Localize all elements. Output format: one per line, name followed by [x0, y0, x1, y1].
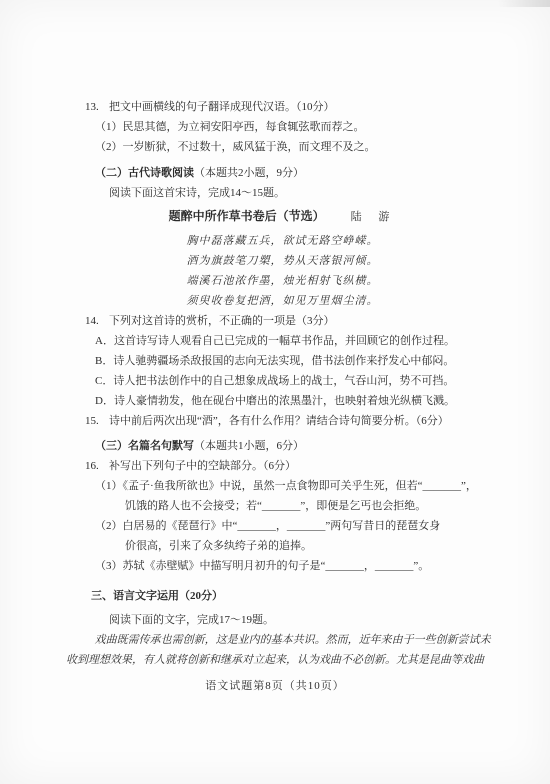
section-poetry-score: （本题共2小题，9分） [194, 167, 304, 179]
question-16-stem: 补写出下列句子中的空缺部分。（6分） [109, 456, 480, 476]
question-15: 15. 诗中前后两次出现“酒”，各有什么作用？请结合诗句简要分析。（6分） [85, 411, 480, 431]
poem: 题醉中所作草书卷后（节选）陆 游 胸中磊落藏五兵，欲试无路空峥嵘。 酒为旗鼓笔刀… [85, 206, 480, 311]
page-footer: 语文试题第8页（共10页） [0, 676, 550, 696]
question-13: 13. 把文中画横线的句子翻译成现代汉语。（10分） [85, 97, 480, 117]
poem-line-3: 端溪石池浓作墨，烛光相射飞纵横。 [85, 271, 480, 291]
dictation-item-1-line-1: （1）《孟子·鱼我所欲也》中说，虽然一点食物即可关乎生死，但若“_______”… [95, 476, 480, 496]
poem-author: 陆 游 [351, 211, 397, 223]
dictation-item-1-line-2: 饥饿的路人也不会接受；若“_______”，即便是乞丐也会拒绝。 [125, 496, 480, 516]
question-15-number: 15. [85, 411, 109, 431]
dictation-item-2-line-2: 价很高，引来了众多纨绔子弟的追捧。 [125, 536, 480, 556]
dictation-item-2-line-1: （2）白居易的《琵琶行》中“_______，_______”两句写昔日的琵琶女身 [95, 516, 480, 536]
reading-passage: 戏曲既需传承也需创新，这是业内的基本共识。然而，近年来由于一些创新尝试未 收到理… [66, 630, 494, 670]
language-use-intro: 阅读下面的文字，完成17～19题。 [109, 610, 480, 630]
passage-line-1: 戏曲既需传承也需创新，这是业内的基本共识。然而，近年来由于一些创新尝试未 [66, 630, 494, 650]
section-heading-language-use: 三、语言文字运用（20分） [91, 586, 480, 606]
section-heading-poetry-reading: （二）古代诗歌阅读（本题共2小题，9分） [95, 163, 480, 183]
poem-line-1: 胸中磊落藏五兵，欲试无路空峥嵘。 [85, 231, 480, 251]
option-c: C．诗人把书法创作中的自己想象成战场上的战士，气吞山河，势不可挡。 [95, 371, 480, 391]
section-heading-dictation: （三）名篇名句默写（本题共1小题，6分） [95, 436, 480, 456]
question-16-number: 16. [85, 456, 109, 476]
poem-line-4: 须臾收卷复把酒，如见万里烟尘清。 [85, 291, 480, 311]
option-d: D．诗人豪情勃发，他在砚台中磨出的浓黑墨汁，也映射着烛光纵横飞溅。 [95, 391, 480, 411]
question-14-number: 14. [85, 311, 109, 331]
poetry-reading-intro: 阅读下面这首宋诗，完成14～15题。 [109, 183, 480, 203]
scan-artifact [498, 0, 550, 7]
question-14-stem: 下列对这首诗的赏析，不正确的一项是（3分） [109, 311, 480, 331]
translation-item-1: （1）民思其德，为立祠安阳亭西，每食辄弦歌而荐之。 [95, 117, 480, 137]
option-b: B．诗人驰骋疆场杀敌报国的志向无法实现，借书法创作来抒发心中郁闷。 [95, 351, 480, 371]
exam-paper-page: 13. 把文中画横线的句子翻译成现代汉语。（10分） （1）民思其德，为立祠安阳… [0, 0, 550, 784]
poem-title-line: 题醉中所作草书卷后（节选）陆 游 [85, 206, 480, 227]
question-13-number: 13. [85, 97, 109, 117]
poem-line-2: 酒为旗鼓笔刀槊，势从天落银河倾。 [85, 251, 480, 271]
dictation-item-3: （3）苏轼《赤壁赋》中描写明月初升的句子是“_______，_______”。 [95, 556, 480, 576]
question-13-stem: 把文中画横线的句子翻译成现代汉语。（10分） [109, 97, 480, 117]
passage-line-2: 收到理想效果，有人就将创新和继承对立起来，认为戏曲不必创新。尤其是昆曲等戏曲 [66, 650, 494, 670]
question-16: 16. 补写出下列句子中的空缺部分。（6分） [85, 456, 480, 476]
translation-item-2: （2）一岁断狱，不过数十，威风猛于涣，而文理不及之。 [95, 137, 480, 157]
poem-title: 题醉中所作草书卷后（节选） [169, 209, 325, 223]
section-dictation-score: （本题共1小题，6分） [194, 440, 304, 452]
option-a: A．这首诗写诗人观看自己已完成的一幅草书作品，并回顾它的创作过程。 [95, 331, 480, 351]
section-dictation-label: （三）名篇名句默写 [95, 440, 194, 452]
question-15-stem: 诗中前后两次出现“酒”，各有什么作用？请结合诗句简要分析。（6分） [109, 411, 480, 431]
question-14: 14. 下列对这首诗的赏析，不正确的一项是（3分） [85, 311, 480, 331]
section-poetry-label: （二）古代诗歌阅读 [95, 167, 194, 179]
